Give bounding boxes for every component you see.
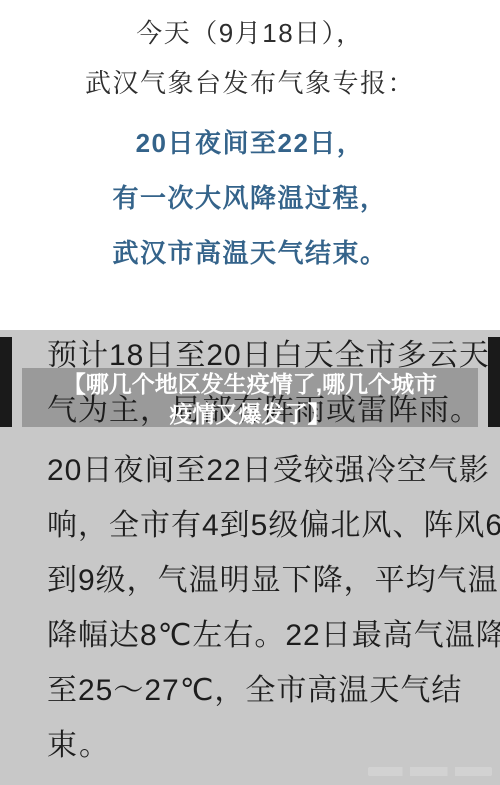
alert-line-1: 20日夜间至22日， xyxy=(0,128,500,158)
forecast-line: 降幅达8℃左右。22日最高气温降 xyxy=(47,608,459,663)
forecast-line: 束。 xyxy=(47,718,459,773)
letterbox-bar-right xyxy=(488,337,500,427)
overlay-title-line-1: 【哪几个地区发生疫情了,哪几个城市 xyxy=(22,368,478,398)
overlay-title-banner: 【哪几个地区发生疫情了,哪几个城市 疫情又爆发了】 xyxy=(22,368,478,427)
alert-line-3: 武汉市高温天气结束。 xyxy=(0,238,500,268)
forecast-line: 到9级，气温明显下降，平均气温 xyxy=(47,553,459,608)
alert-line-2: 有一次大风降温过程， xyxy=(0,183,500,213)
forecast-paragraph-2: 20日夜间至22日受较强冷空气影 响，全市有4到5级偏北风、阵风6 到9级，气温… xyxy=(47,443,459,773)
letterbox-bar-left xyxy=(0,337,12,427)
bulletin-date-line: 今天（9月18日）， xyxy=(0,18,500,48)
forecast-line: 响，全市有4到5级偏北风、阵风6 xyxy=(47,498,459,553)
bulletin-source-line: 武汉气象台发布气象专报： xyxy=(0,68,500,98)
article-screenshot: 今天（9月18日）， 武汉气象台发布气象专报： 20日夜间至22日， 有一次大风… xyxy=(0,0,500,785)
overlay-title-line-2: 疫情又爆发了】 xyxy=(22,398,478,428)
forecast-line: 20日夜间至22日受较强冷空气影 xyxy=(47,443,459,498)
forecast-line: 至25～27℃，全市高温天气结 xyxy=(47,663,459,718)
